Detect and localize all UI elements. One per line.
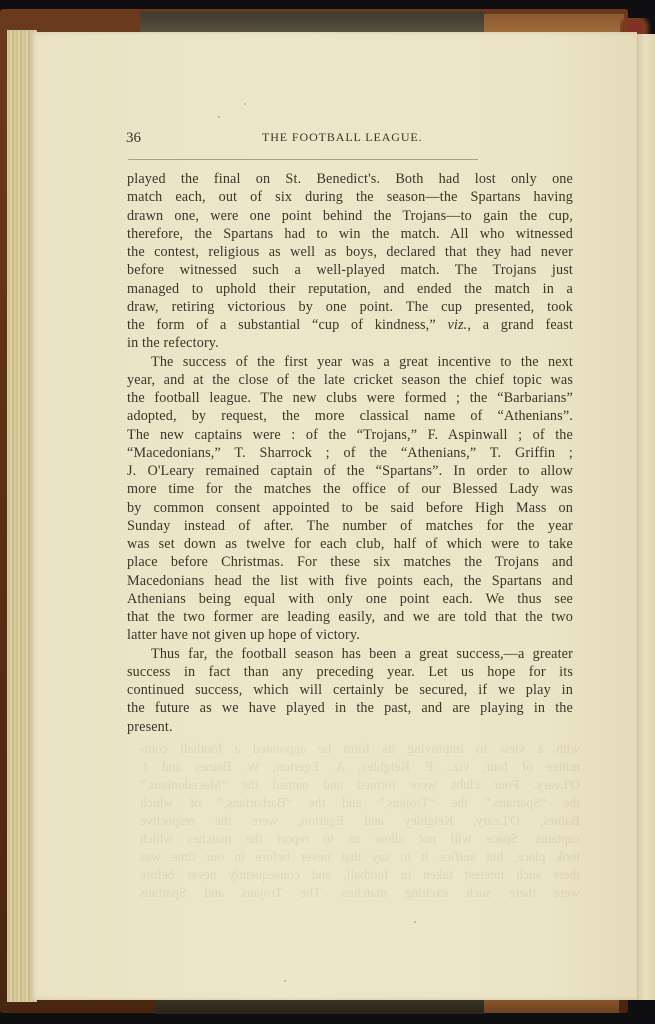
text-line: The new captains were : of the “Trojans,… xyxy=(127,426,573,444)
text-line: more time for the matches the office of … xyxy=(127,480,573,498)
running-title: THE FOOTBALL LEAGUE. xyxy=(262,130,423,145)
text-line: therefore, the Spartans had to win the m… xyxy=(127,225,573,243)
cover-cloth-top xyxy=(140,12,485,32)
text-line: the future as we have played in the past… xyxy=(127,699,573,717)
text-line: played the final on St. Benedict's. Both… xyxy=(127,170,573,188)
text-line: latter have not given up hope of victory… xyxy=(127,626,573,644)
paper-speck xyxy=(218,116,220,118)
cover-leather-corner-bottom xyxy=(484,998,619,1013)
cover-cloth-bottom xyxy=(155,998,485,1014)
text-line: the form of a substantial “cup of kindne… xyxy=(127,316,573,334)
text-line: that the two former are leading easily, … xyxy=(127,608,573,626)
paper-speck xyxy=(284,980,286,982)
paragraph: played the final on St. Benedict's. Both… xyxy=(127,170,573,353)
text-line: the football league. The new clubs were … xyxy=(127,389,573,407)
text-line: “Macedonians,” T. Sharrock ; of the “Ath… xyxy=(127,444,573,462)
text-line: year, and at the close of the late crick… xyxy=(127,371,573,389)
paper-speck xyxy=(414,921,416,923)
text-line: before witnessed such a well-played matc… xyxy=(127,261,573,279)
text-line: The success of the first year was a grea… xyxy=(127,353,573,371)
header-rule xyxy=(128,159,478,160)
text-line: was set down as twelve for each club, ha… xyxy=(127,535,573,553)
text-line: by common consent appointed to be said b… xyxy=(127,499,573,517)
text-line: managed to uphold their reputation, and … xyxy=(127,280,573,298)
text-line: Macedonians head the list with five poin… xyxy=(127,572,573,590)
text-line: J. O'Leary remained captain of the “Spar… xyxy=(127,462,573,480)
text-line: draw, retiring victorious by one point. … xyxy=(127,298,573,316)
running-header: 36 THE FOOTBALL LEAGUE. xyxy=(126,128,578,150)
paragraph: The success of the first year was a grea… xyxy=(127,353,573,645)
text-line: match each, out of six during the season… xyxy=(127,188,573,206)
body-text: played the final on St. Benedict's. Both… xyxy=(127,170,573,736)
text-line: Thus far, the football season has been a… xyxy=(127,645,573,663)
text-line: success in fact than any preceding year.… xyxy=(127,663,573,681)
text-line: Sunday instead of after. The number of m… xyxy=(127,517,573,535)
book-photo: with a view to improving its form he app… xyxy=(0,0,655,1024)
text-line: adopted, by request, the more classical … xyxy=(127,407,573,425)
text-line: Athenians being equal with only one poin… xyxy=(127,590,573,608)
text-line: the contest, religious as well as boys, … xyxy=(127,243,573,261)
next-page-edge xyxy=(637,34,655,1000)
text-line: drawn one, were one point behind the Tro… xyxy=(127,207,573,225)
text-line: place before Christmas. For these six ma… xyxy=(127,553,573,571)
paper-speck xyxy=(244,103,246,105)
cover-leather-corner-top xyxy=(484,14,624,32)
text-line: present. xyxy=(127,718,573,736)
text-line: continued success, which will certainly … xyxy=(127,681,573,699)
page-number: 36 xyxy=(126,130,141,147)
text-line: in the refectory. xyxy=(127,334,573,352)
paragraph: Thus far, the football season has been a… xyxy=(127,645,573,736)
